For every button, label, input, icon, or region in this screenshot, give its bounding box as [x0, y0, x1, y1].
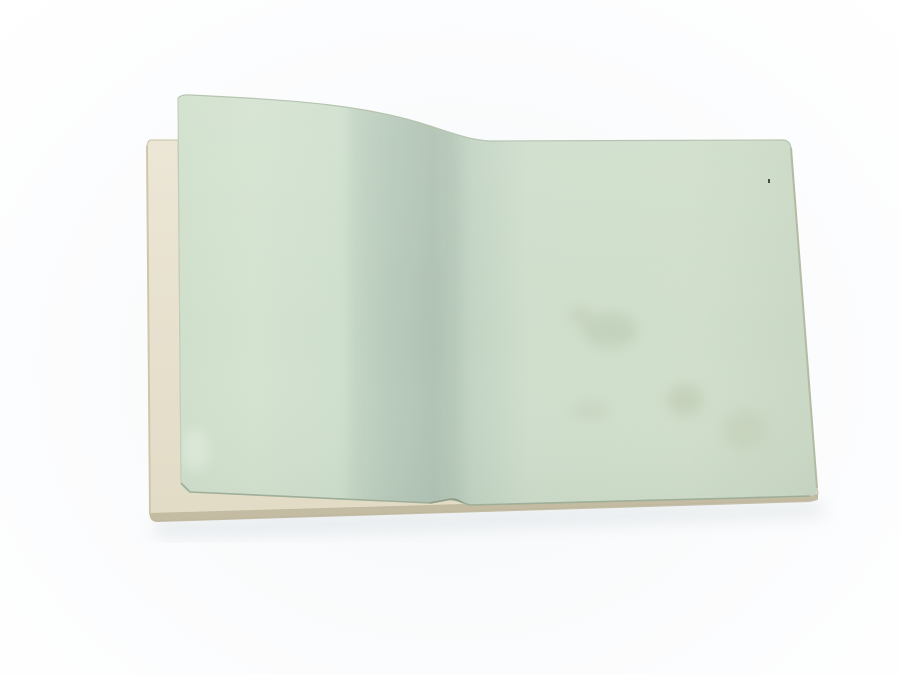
spot-mark [768, 179, 770, 183]
front-cover [170, 90, 830, 510]
booklet-photo [0, 0, 900, 675]
photo-scene: Blank pale-green booklet with curled fro… [0, 0, 900, 675]
